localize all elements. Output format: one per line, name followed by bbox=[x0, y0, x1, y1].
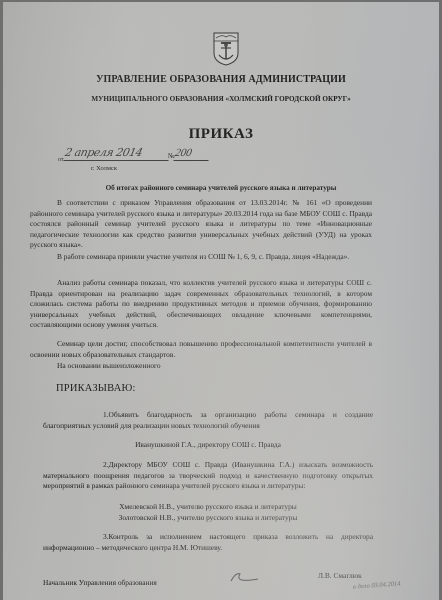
scanned-document-page: УПРАВЛЕНИЕ ОБРАЗОВАНИЯ АДМИНИСТРАЦИИ МУН… bbox=[3, 2, 439, 600]
order-item-1-recipient: Иванушкиной Г.А., директору СОШ с. Правд… bbox=[43, 440, 373, 451]
paragraph-analysis: Анализ работы семинара показал, что колл… bbox=[30, 278, 372, 331]
signature-mark-icon bbox=[228, 570, 260, 584]
coat-of-arms-icon bbox=[212, 31, 240, 67]
order-item-1: 1.Объявить благодарность за организацию … bbox=[43, 410, 373, 431]
order-subject: Об итогах районного семинара учителей ру… bbox=[3, 184, 439, 192]
signatory-name: Л.В. Смаглюк bbox=[318, 571, 362, 580]
paragraph-conclusion: Семинар цели достиг, способствовал повыш… bbox=[30, 339, 372, 360]
paragraph-participants: В работе семинара приняли участие учител… bbox=[30, 252, 372, 263]
order-item-3: 3.Контроль за исполнением настоящего при… bbox=[43, 532, 373, 553]
order-heading: ПРИКАЗЫВАЮ: bbox=[56, 383, 136, 394]
city-label: г. Холмск bbox=[91, 165, 117, 172]
handwritten-date: 2 апреля 2014 bbox=[63, 146, 171, 161]
document-title: ПРИКАЗ bbox=[3, 126, 439, 143]
handwritten-filing-note: в дело 03.04.2014 bbox=[353, 580, 401, 590]
handwritten-number: 200 bbox=[173, 146, 211, 161]
order-item-2: 2.Директору МБОУ СОШ с. Правда (Иванушки… bbox=[43, 460, 373, 492]
signatory-position: Начальник Управления образования bbox=[43, 578, 157, 587]
order-item-2-recipient-2: Золотовской Н.В., учителю русского языка… bbox=[43, 513, 373, 524]
header-department: УПРАВЛЕНИЕ ОБРАЗОВАНИЯ АДМИНИСТРАЦИИ bbox=[3, 74, 439, 85]
paragraph-basis: В соответствии с приказом Управления обр… bbox=[30, 198, 372, 251]
header-municipality: МУНИЦИПАЛЬНОГО ОБРАЗОВАНИЯ «ХОЛМСКИЙ ГОР… bbox=[3, 95, 439, 103]
order-item-2-recipient-1: Хмелевской Н.В., учителю русского языка … bbox=[43, 502, 373, 513]
paragraph-basis-statement: На основании вышеизложенного bbox=[30, 361, 372, 372]
